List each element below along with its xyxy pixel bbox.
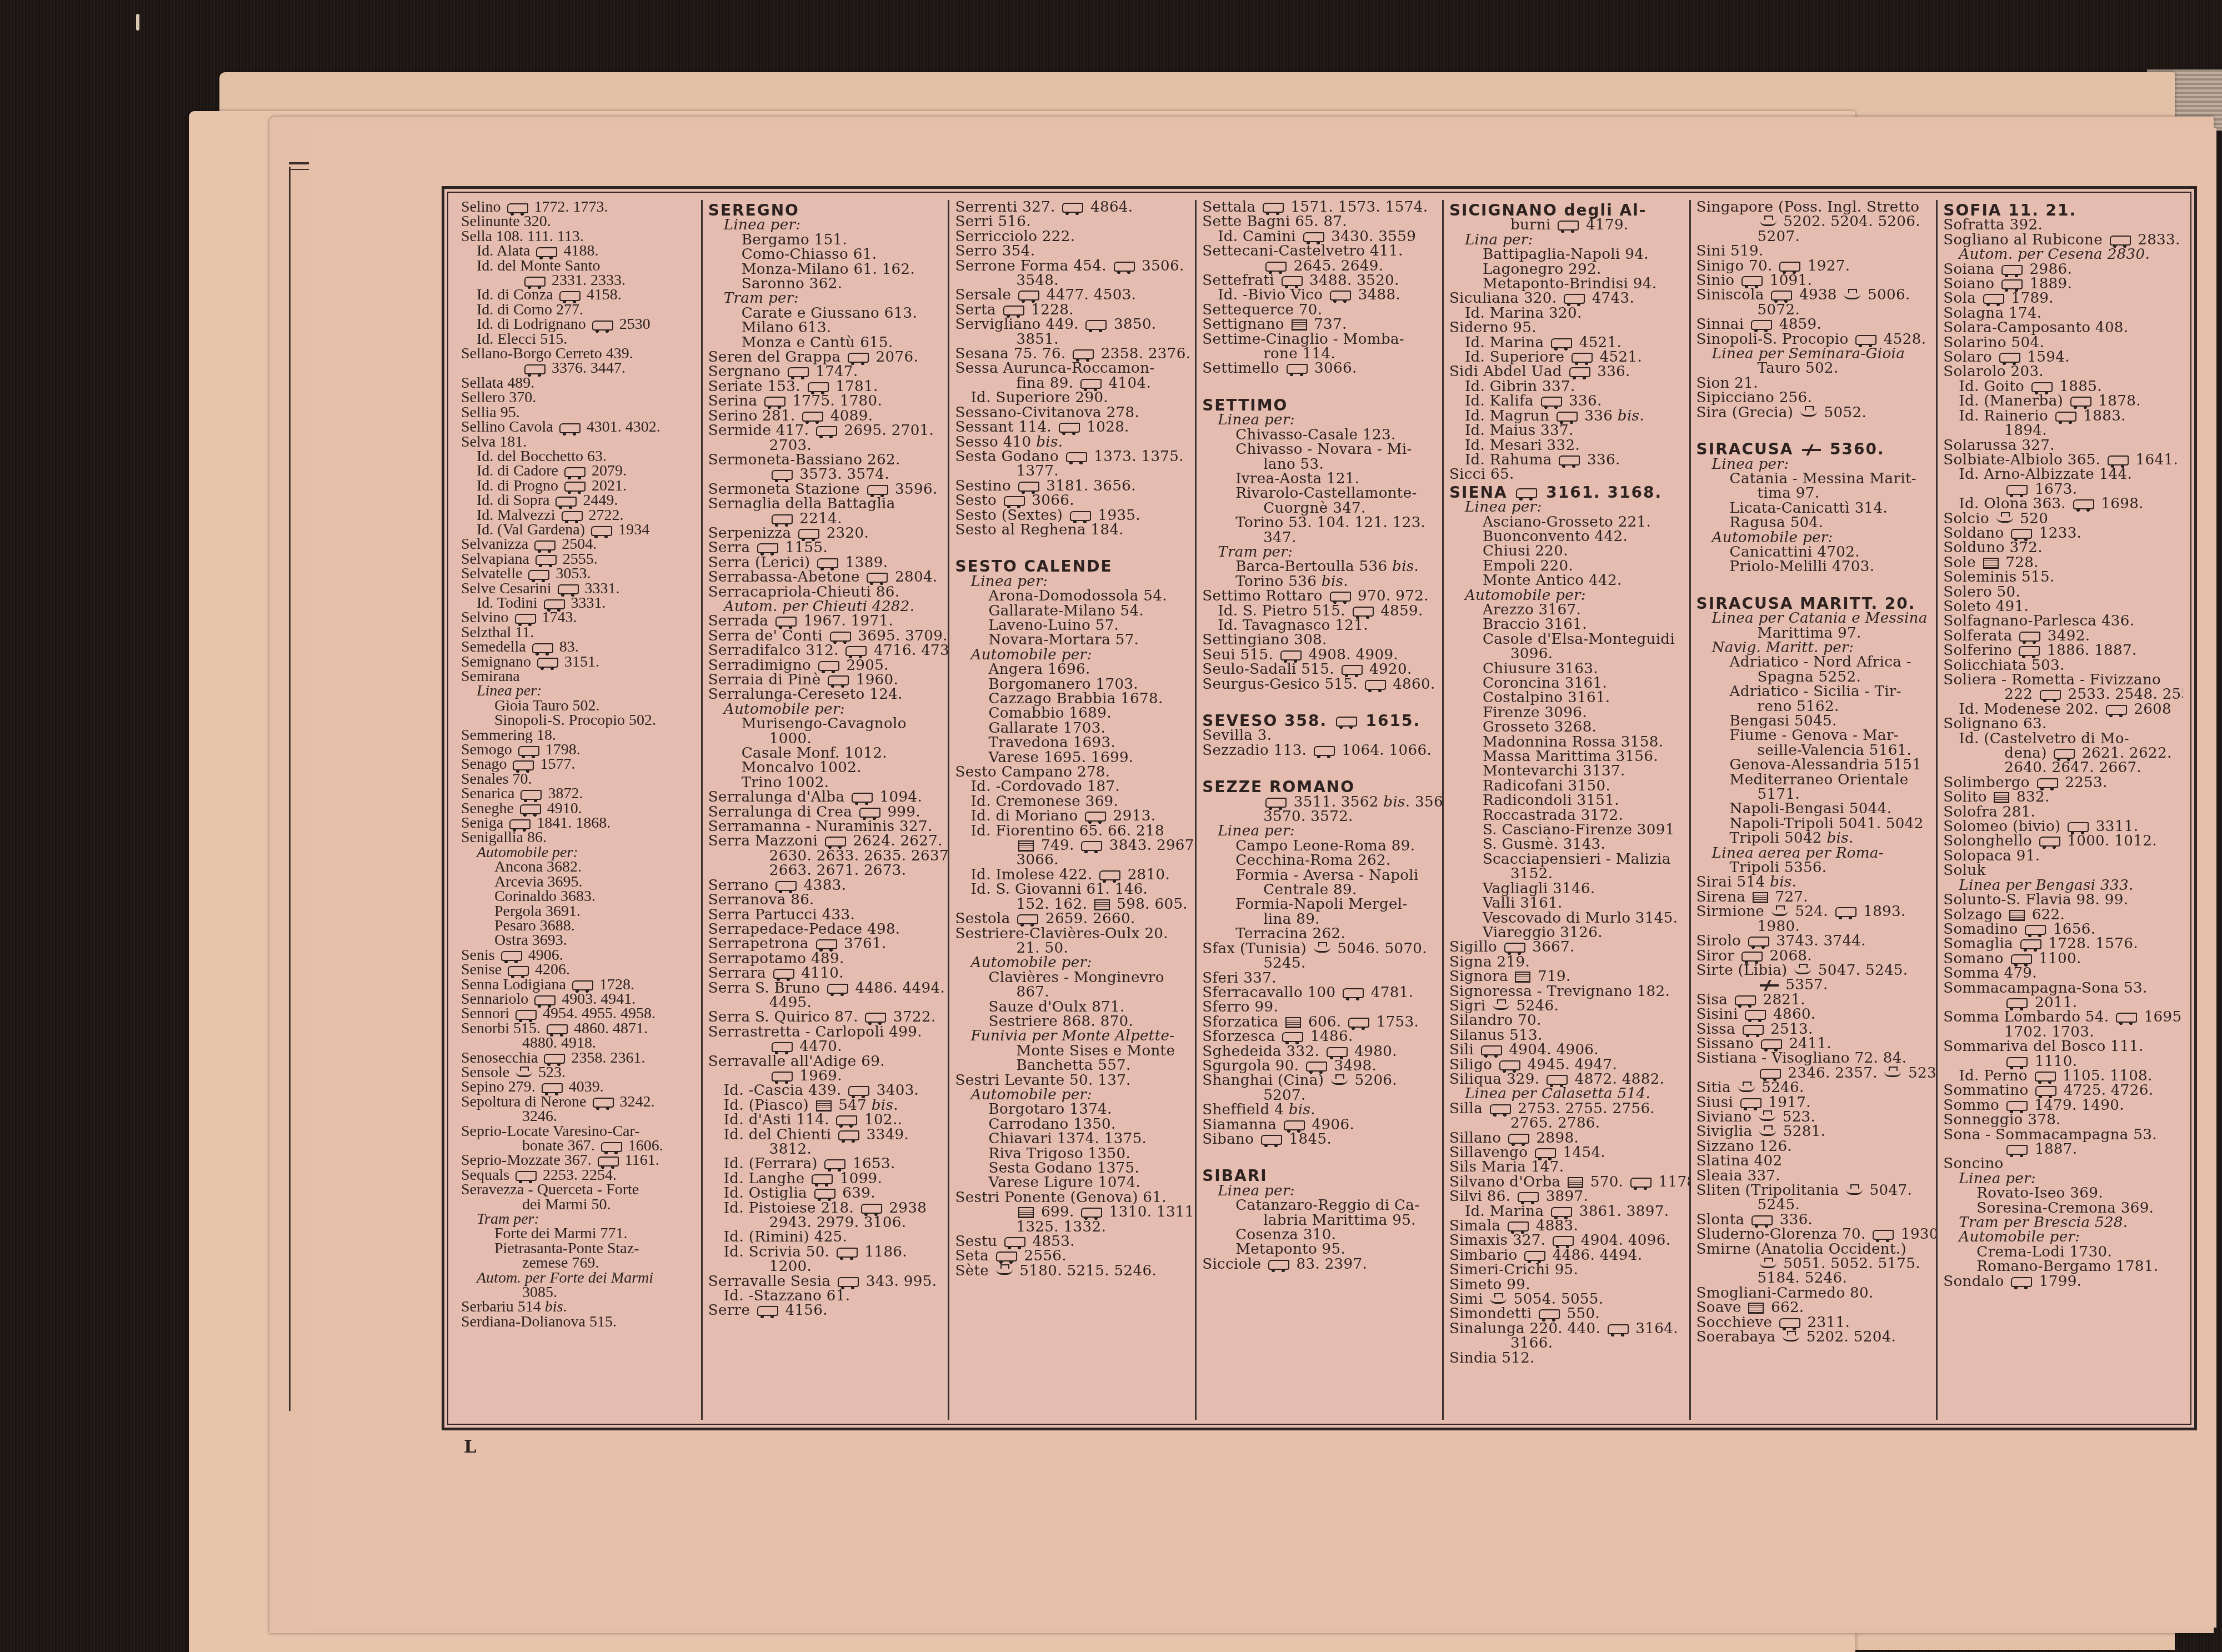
bus-autoservizio-icon [516,1171,537,1181]
bus-autoservizio-icon [2055,412,2076,422]
tram-icon [1748,1303,1764,1314]
index-entry: Sillano 2898. [1449,1131,1684,1145]
index-entry: Rovato-Iseo 369. [1943,1186,2178,1200]
index-entry: 5202. 5204. 5206. [1696,214,1931,229]
index-entry: Smirne (Anatolia Occident.) [1696,1242,1931,1256]
bus-autoservizio-icon [1741,952,1763,962]
index-entry: 2645. 2649. [1202,259,1437,273]
bus-autoservizio-icon [2011,1277,2032,1287]
index-entry: 2765. 2786. [1449,1116,1684,1130]
index-entry: Sirte (Libia) 5047. 5245. [1696,963,1931,978]
index-entry: Serrabassa-Abetone 2804. [708,570,943,584]
ship-icon [1996,515,2013,523]
index-entry: Sferracavallo 100 4781. [1202,985,1437,1000]
index-entry: Sessant 114. 1028. [955,420,1189,434]
index-entry: Sezzadio 113. 1064. 1066. [1202,743,1437,758]
bus-autoservizio-icon [772,1042,793,1052]
index-entry: Solferino 1886. 1887. [1943,643,2178,658]
bus-autoservizio-icon [532,643,553,653]
index-entry: Cosenza 310. [1202,1228,1437,1242]
index-entry: Centrale 89. [1202,883,1437,897]
index-entry: 3066. [955,853,1189,867]
station-header: SIRACUSA MARITT. 20. [1696,597,1931,611]
index-entry: Sindia 512. [1449,1351,1684,1365]
index-entry: Sola 1789. [1943,291,2178,306]
index-entry: Somano 1100. [1943,952,2178,966]
index-entry: Sestri Ponente (Genova) 61. [955,1190,1189,1205]
index-column-6: Singapore (Poss. Ingl. Stretto 5202. 520… [1691,200,1938,1420]
index-entry: Serra Partucci 433. [708,908,943,922]
index-entry: Id. Arno-Albizzate 144. [1943,467,2178,482]
index-entry: Sinalunga 220. 440. 3164. [1449,1321,1684,1336]
index-entry: Metaponto 95. [1202,1242,1437,1256]
bus-autoservizio-icon [867,485,888,495]
index-entry: Linea per: [955,574,1189,589]
index-entry: Sini 519. [1696,244,1931,258]
index-entry: Soleminis 515. [1943,570,2178,584]
index-entry: 3246. [461,1109,695,1124]
index-entry: Solomeo (bivio) 3311. [1943,819,2178,834]
index-entry: Sessano-Civitanova 278. [955,406,1189,420]
bus-autoservizio-icon [564,467,585,477]
index-entry: Id. Scrivia 50. 1186. [708,1245,943,1259]
index-entry: Id. Rainerio 1883. [1943,409,2178,423]
index-entry: 1200. [708,1259,943,1274]
bus-autoservizio-icon [2073,499,2094,509]
bus-autoservizio-icon [808,382,829,392]
index-entry: Solopaca 91. [1943,849,2178,863]
index-entry: Catanzaro-Reggio di Ca- [1202,1198,1437,1213]
index-entry: Singapore (Poss. Ingl. Stretto [1696,200,1931,214]
index-entry: Somadino 1656. [1943,922,2178,937]
index-entry: Varese 1695. 1699. [955,750,1189,765]
bus-autoservizio-icon [848,1086,869,1096]
index-entry: Sommo 1479. 1490. [1943,1098,2178,1113]
index-entry: Angera 1696. [955,662,1189,677]
index-entry: Serradifalco 312. 4716. 4732 [708,643,943,658]
bus-autoservizio-icon [2037,778,2058,788]
index-entry: 5357. [1696,978,1931,992]
index-entry: Serina 1775. 1780. [708,394,943,408]
index-entry: 2214. [708,512,943,526]
index-entry: Sesana 75. 76. 2358. 2376. [955,347,1189,361]
index-entry: Battipaglia-Napoli 94. [1449,247,1684,262]
index-entry: Sils Maria 147. [1449,1160,1684,1174]
bus-autoservizio-icon [542,1083,563,1093]
index-entry: Siderno 95. [1449,321,1684,335]
index-entry: Formia-Napoli Mergel- [1202,897,1437,912]
index-entry: 5051. 5052. 5175. [1696,1256,1931,1271]
index-entry: Siviglia 5281. [1696,1124,1931,1139]
index-entry: 5245. [1696,1198,1931,1212]
index-entry: Siror 2068. [1696,949,1931,963]
index-entry: Somma 479. [1943,966,2178,980]
index-entry: Silla 2753. 2755. 2756. [1449,1102,1684,1116]
index-entry: Linea per: [1696,457,1931,472]
index-entry: Cazzago Brabbia 1678. [955,692,1189,706]
spacer [1696,574,1931,593]
index-entry: Siusi 1917. [1696,1095,1931,1110]
bus-autoservizio-icon [2011,954,2032,964]
bus-autoservizio-icon [1751,1215,1773,1225]
bus-autoservizio-icon [2020,939,2041,949]
bus-autoservizio-icon [1263,203,1284,213]
index-entry: Monza-Milano 61. 162. [708,262,943,277]
index-entry: Sofratta 392. [1943,218,2178,232]
index-entry: Lina per: [1449,233,1684,247]
bus-autoservizio-icon [544,1054,565,1064]
index-entry: Linea per: [1943,1172,2178,1186]
index-entry: Sestriere-Clavières-Oulx 20. [955,927,1189,941]
index-entry: Sion 21. [1696,376,1931,391]
index-entry: Trino 1002. [708,775,943,790]
index-entry: Chivasso - Novara - Mi- [1202,442,1437,457]
index-entry: Senise 4206. [461,963,695,977]
bus-autoservizio-icon [2070,397,2091,407]
index-entry: Tram per: [1202,545,1437,559]
index-entry: Automobile per: [708,702,943,717]
index-entry: 1110. [1943,1054,2178,1069]
index-entry: Barca-Bertoulla 536 bis. [1202,559,1437,574]
index-entry: Selvatelle 3053. [461,567,695,581]
index-entry: Sevilla 3. [1202,728,1437,743]
index-entry: Ostra 3693. [461,933,695,948]
index-entry: Seren del Grappa 2076. [708,350,943,364]
index-entry: Serradimigno 2905. [708,658,943,673]
index-entry: Id. Marina 3861. 3897. [1449,1204,1684,1219]
index-entry: Serre 4156. [708,1303,943,1318]
index-entry: Carate e Giussano 613. [708,306,943,321]
index-entry: Solunto-S. Flavia 98. 99. [1943,893,2178,907]
bus-autoservizio-icon [1348,1018,1369,1028]
index-entry: Solarussa 327. [1943,438,2178,453]
index-entry: Serra S. Bruno 4486. 4494. [708,981,943,995]
index-entry: Metaponto-Brindisi 94. [1449,277,1684,291]
index-entry: Id. Perno 1105. 1108. [1943,1069,2178,1083]
ship-icon [1760,219,1776,226]
index-entry: Scacciapensieri - Malizia [1449,852,1684,867]
index-entry: Id. Goito 1885. [1943,379,2178,394]
index-entry: Silvi 86. 3897. [1449,1189,1684,1204]
bus-autoservizio-icon [1751,320,1772,330]
bus-autoservizio-icon [1280,650,1302,660]
index-entry: Bengasi 5045. [1696,714,1931,728]
index-entry: Canicattini 4702. [1696,545,1931,559]
bus-autoservizio-icon [1330,592,1351,602]
index-entry: Sesto Campano 278. [955,765,1189,779]
bus-autoservizio-icon [1569,367,1590,377]
index-entry: Automobile per: [1943,1230,2178,1244]
index-entry: Sicci 65. [1449,467,1684,482]
index-entry: Lagonegro 292. [1449,262,1684,277]
index-entry: Automobile per: [955,648,1189,662]
bus-autoservizio-icon [1983,294,2004,304]
index-entry: Sitia 5246. [1696,1080,1931,1095]
index-entry: Vescovado di Murlo 3145. [1449,911,1684,925]
bus-autoservizio-icon [1303,232,1324,242]
index-entry: Milano 613. [708,321,943,335]
index-entry: Serbariu 514 bis. [461,1300,695,1314]
bus-autoservizio-icon [1855,335,1876,345]
index-entry: Id. (Manerba) 1878. [1943,394,2178,408]
index-entry: Mediterraneo Orientale [1696,773,1931,787]
tram-icon [1018,840,1034,852]
index-entry: Sogliano al Rubicone 2833. [1943,233,2178,247]
index-entry: Massa Marittima 3156. [1449,749,1684,764]
index-entry: Terracina 262. [1202,927,1437,941]
index-entry: 4880. 4918. [461,1036,695,1050]
index-entry: Clavières - Monginevro [955,970,1189,985]
bus-autoservizio-icon [1314,746,1335,756]
index-entry: Seui 515. 4908. 4909. [1202,648,1437,662]
dust-speck [136,14,139,31]
bus-autoservizio-icon [827,984,848,994]
index-entry: Sinio 1091. [1696,273,1931,288]
bus-autoservizio-icon [1261,1135,1282,1145]
index-entry: Somma Lombardo 54. 1695 [1943,1010,2178,1024]
index-entry: Solonghello 1000. 1012. [1943,834,2178,848]
bus-autoservizio-icon [1835,907,1856,917]
index-entry: Selvanizza 2504. [461,537,695,552]
index-entry: Simeto 99. [1449,1278,1684,1292]
index-entry: 1377. [955,464,1189,478]
index-entry: Arezzo 3167. [1449,603,1684,617]
bus-autoservizio-icon [1608,1324,1629,1334]
index-entry: Montevarchi 3137. [1449,764,1684,778]
bus-autoservizio-icon [1114,262,1135,272]
index-entry: Soresina-Cremona 369. [1943,1201,2178,1215]
index-entry: Id. di Conza 4158. [461,288,695,302]
index-entry: Senigallia 86. [461,830,695,845]
index-entry: Settignano 737. [1202,317,1437,332]
index-entry: 152. 162. 598. 605. [955,897,1189,912]
bus-autoservizio-icon [1559,455,1580,465]
index-entry: Serro 354. [955,244,1189,258]
station-header: SIRACUSA 5360. [1696,442,1931,457]
index-entry: S. Gusmè. 3143. [1449,837,1684,852]
bus-autoservizio-icon [555,497,577,507]
index-entry: Torino 536 bis. [1202,574,1437,589]
bus-autoservizio-icon [598,1157,619,1167]
tram-icon [2009,910,2025,921]
index-entry: Serri 516. [955,214,1189,229]
index-entry: Coroncina 3161. [1449,676,1684,690]
bus-autoservizio-icon [772,470,793,480]
index-entry: Signora 719. [1449,969,1684,984]
bus-autoservizio-icon [1327,1047,1348,1057]
index-entry: fina 89. 4104. [955,376,1189,391]
index-entry: 867. [955,985,1189,999]
index-entry: 1887. [1943,1142,2178,1157]
index-entry: Novara-Mortara 57. [955,633,1189,647]
bus-autoservizio-icon [1070,511,1091,521]
index-entry: Firenze 3096. [1449,705,1684,720]
bus-autoservizio-icon [1553,1236,1574,1246]
index-entry: Tripoli 5356. [1696,860,1931,875]
index-entry: Travedona 1693. [955,735,1189,750]
index-entry: Torino 53. 104. 121. 123. [1202,515,1437,530]
index-entry: Linea per Catania e Messina [1696,611,1931,625]
index-entry: Linea per Seminara-Gioia [1696,347,1931,361]
index-entry: Monza e Cantù 615. [708,336,943,350]
bus-autoservizio-icon [501,951,522,961]
bus-autoservizio-icon [852,793,873,803]
bus-autoservizio-icon [507,203,528,213]
index-entry: Settingiano 308. [1202,633,1437,647]
index-entry: Linea per Calasetta 514. [1449,1087,1684,1101]
index-entry: Sheffield 4 bis. [1202,1103,1437,1117]
index-entry: Simaxis 327. 4904. 4096. [1449,1233,1684,1248]
index-entry: Chiusure 3163. [1449,662,1684,676]
index-entry: Sgurgola 90. 3498. [1202,1059,1437,1073]
station-header: SIBARI [1202,1169,1437,1183]
index-entry: Serrapedace-Pedace 498. [708,922,943,937]
index-entry: 5245. [1202,956,1437,970]
index-entry: Cuorgnè 347. [1202,501,1437,515]
index-entry: Slatina 402 [1696,1154,1931,1168]
bus-autoservizio-icon [1268,1260,1289,1270]
index-entry: Linea per: [708,218,943,232]
index-entry: Id. -Cordovado 187. [955,779,1189,794]
bus-autoservizio-icon [838,1130,859,1140]
index-entry: Sauze d'Oulx 871. [955,1000,1189,1014]
bus-autoservizio-icon [591,526,612,536]
index-entry: Sissa 2513. [1696,1022,1931,1037]
bus-autoservizio-icon [1004,1237,1025,1247]
index-entry: Adriatico - Nord Africa - [1696,655,1931,669]
bus-autoservizio-icon [2019,646,2040,656]
index-entry: Valli 3161. [1449,896,1684,910]
index-entry: Crema-Lodi 1730. [1943,1245,2178,1259]
index-entry: Serramanna - Nuraminis 327. [708,819,943,834]
ship-icon [1783,1334,1799,1341]
bus-autoservizio-icon [1779,1318,1800,1328]
bus-autoservizio-icon [772,1072,793,1082]
index-entry: Casale Monf. 1012. [708,746,943,760]
index-entry: Romano-Bergamo 1781. [1943,1259,2178,1274]
bus-autoservizio-icon [1999,353,2020,363]
index-entry: Sleaia 337. [1696,1169,1931,1183]
bus-autoservizio-icon [1524,1251,1545,1261]
index-entry: Empoli 220. [1449,559,1684,573]
index-entry: Sestri Levante 50. 137. [955,1073,1189,1088]
index-entry: 3570. 3572. [1202,809,1437,824]
index-entry: Id. Superiore 4521. [1449,350,1684,364]
tram-icon [1018,1207,1034,1218]
bus-autoservizio-icon [2054,749,2075,759]
index-entry: Linea per: [1202,1184,1437,1198]
tram-icon [1285,1017,1301,1028]
bus-autoservizio-icon [772,514,793,524]
index-entry: Sonneggio 378. [1943,1113,2178,1127]
bus-autoservizio-icon [521,790,542,800]
plane-icon [1802,449,1821,451]
index-entry: Sommacampagna-Sona 53. [1943,981,2178,995]
bus-autoservizio-icon [2110,236,2131,246]
index-entry: tima 97. [1696,486,1931,500]
index-entry: Soave 662. [1696,1300,1931,1315]
bus-autoservizio-icon [559,423,580,433]
index-entry: Id. Rahuma 336. [1449,453,1684,467]
ship-icon [1738,1085,1755,1092]
index-entry: Sellino Cavola 4301. 4302. [461,420,695,434]
index-columns: Selino 1772. 1773.Selinunte 320.Sella 10… [456,200,2183,1420]
bus-autoservizio-icon [1003,306,1024,316]
bus-autoservizio-icon [1365,680,1386,690]
index-entry: Sluderno-Glorenza 70. 1930 [1696,1227,1931,1241]
index-entry: Serranova 86. [708,893,943,907]
bus-autoservizio-icon [1062,203,1083,213]
index-entry: Id. Mesari 332. [1449,438,1684,453]
index-entry: 3851. [955,332,1189,347]
index-entry: Sforzesca 1486. [1202,1029,1437,1044]
index-entry: Marittima 97. [1696,626,1931,640]
bus-autoservizio-icon [1282,1032,1303,1042]
station-header: SEVESO 358. 1615. [1202,714,1437,728]
index-entry: Sernaglia della Battaglia [708,497,943,511]
plane-icon [1760,984,1779,987]
index-entry: Soiano 1889. [1943,277,2178,291]
index-entry: Settimo Rottaro 970. 972. [1202,589,1437,603]
index-entry: Id. del Chienti 3349. [708,1128,943,1142]
index-entry: Settala 1571. 1573. 1574. [1202,200,1437,214]
index-entry: Tauro 502. [1696,361,1931,376]
bus-autoservizio-icon [837,1248,858,1258]
spacer [1202,376,1437,395]
bus-autoservizio-icon [1059,423,1080,433]
index-entry: Sesto 3066. [955,493,1189,508]
index-entry: Vagliagli 3146. [1449,882,1684,896]
bus-autoservizio-icon [812,1174,833,1184]
bus-autoservizio-icon [508,966,529,976]
bus-autoservizio-icon [2006,485,2028,495]
index-entry: Linea aerea per Roma- [1696,846,1931,860]
index-entry: Autom. per Forte dei Marmi [461,1271,695,1285]
bus-autoservizio-icon [2006,1057,2028,1067]
bus-autoservizio-icon [536,555,557,565]
bus-autoservizio-icon [593,1098,614,1108]
index-entry: Serravalle Sesia 343. 995. [708,1274,943,1289]
index-entry: Id. di Moriano 2913. [955,809,1189,823]
index-entry: Settefrati 3488. 3520. [1202,273,1437,288]
index-entry: Id. Camini 3430. 3559 [1202,229,1437,244]
index-entry: Sermoneta-Bassiano 262. [708,453,943,467]
ship-icon [1884,1070,1901,1077]
index-entry: Gallarate 1703. [955,721,1189,735]
bus-autoservizio-icon [1547,1075,1568,1085]
index-entry: Sona - Sommacampagna 53. [1943,1128,2178,1142]
bus-autoservizio-icon [558,584,579,594]
bus-autoservizio-icon [816,939,837,949]
index-entry: 3548. [955,273,1189,288]
bus-autoservizio-icon [1771,291,1792,301]
index-entry: Linea per: [1202,824,1437,838]
bus-autoservizio-icon [2006,1101,2028,1111]
index-entry: Id. Tavagnasco 121. [1202,618,1437,633]
index-entry: 1000. [708,732,943,746]
bus-autoservizio-icon [559,291,580,301]
index-entry: 2663. 2671. 2673. [708,863,943,878]
index-entry: Senosecchia 2358. 2361. [461,1051,695,1065]
bus-autoservizio-icon [1306,1062,1327,1072]
index-entry: Semedella 83. [461,640,695,654]
index-entry: Sestu 4853. [955,1234,1189,1249]
index-entry: Senarica 3872. [461,787,695,801]
index-entry: 2703. [708,438,943,453]
index-entry: Solaro 1594. [1943,350,2178,364]
index-entry: rone 114. [1202,347,1437,361]
index-entry: 3376. 3447. [461,361,695,376]
